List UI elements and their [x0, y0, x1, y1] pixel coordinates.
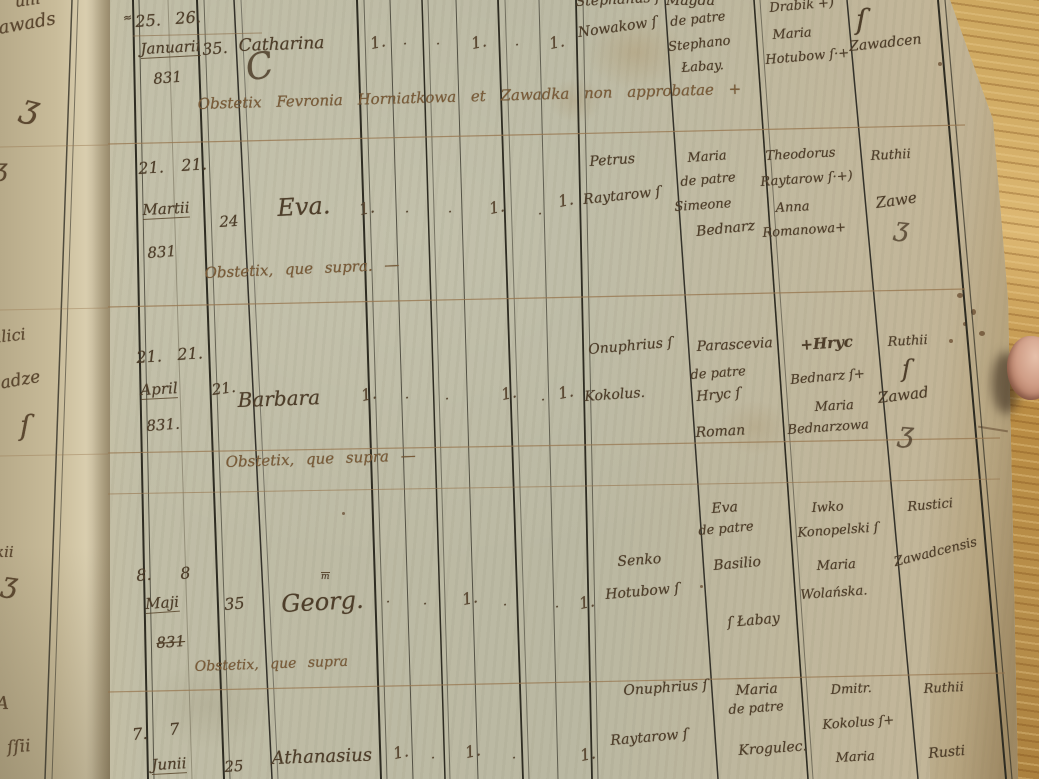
record-3-mother: de patre [690, 365, 746, 382]
facing-page-fragment: A [0, 695, 9, 713]
record-2-godparent: Anna [775, 200, 810, 215]
record-1-mark: · [436, 38, 440, 51]
record-3-godparent: +Hryc [800, 334, 853, 353]
record-1-father-mark: 1. [548, 33, 566, 52]
record-2-baptism-date: 21. [181, 156, 208, 174]
facing-page-fragment: kii [0, 545, 14, 560]
record-2-child-name: Eva. [277, 193, 331, 220]
record-2-father-mark: 1. [557, 191, 575, 210]
record-3-mark: · [405, 392, 409, 405]
record-3-father: Kokolus. [584, 386, 645, 404]
record-5-child-name: Athanasius [271, 747, 372, 768]
record-2-condition: Ruthii [870, 148, 911, 163]
record-1-mark: · [515, 39, 519, 52]
record-4-mother: Eva [711, 500, 738, 516]
record-5-month: Junii [151, 756, 187, 775]
record-5-mark: 1. [392, 743, 410, 762]
record-2-year: 831 [147, 244, 177, 261]
record-4-name-superscript: m [321, 572, 330, 582]
record-3-condition-flourish: ſ [902, 357, 911, 381]
record-1-mother: Łabay. [681, 59, 724, 75]
record-2-mark: · [405, 206, 409, 219]
record-4-baptism-date: 8 [180, 565, 192, 582]
record-1-condition-flourish: ſ [856, 6, 866, 34]
facing-page-fragment: ſſii [7, 738, 32, 757]
record-4-father-mark: 1. [578, 593, 596, 612]
record-2-mark: 1. [358, 199, 376, 218]
record-1-date-flourish: ≈ [122, 12, 133, 24]
record-3-year: 831. [146, 417, 180, 434]
record-5-mother: de patre [728, 700, 784, 717]
record-3-birth-date: 21. [136, 348, 163, 366]
record-3-baptism-date: 21. [177, 345, 204, 363]
record-3-mark: 1. [500, 384, 518, 403]
record-4-father: Senko [617, 552, 662, 569]
record-5-mark: · [512, 752, 516, 765]
record-4-godparent: Maria [816, 558, 856, 573]
record-4-mark: 1. [461, 589, 479, 608]
record-1-baptism-date: 26. [175, 9, 202, 27]
record-2-month: Martii [142, 201, 190, 220]
facing-page-fragment: ulici [0, 326, 26, 346]
record-5-condition: Rusti [928, 744, 966, 761]
record-2-godparent: Theodorus [765, 146, 836, 163]
record-4-mark: · [423, 598, 427, 611]
record-5-baptism-date: 7 [169, 721, 181, 738]
record-4-mark: · [386, 596, 390, 609]
record-3-signature-flourish: ʒ [897, 418, 915, 447]
record-4-house-number: 35 [224, 595, 246, 613]
record-3-mother: Hryc ſ [696, 386, 741, 404]
record-3-mark: 1. [360, 385, 378, 404]
record-2-mother: Simeone [674, 197, 732, 214]
facing-page-fragment: ſ [20, 412, 30, 440]
record-2-mark: · [538, 208, 542, 221]
register-photo: ulii Zawads ʒ ʒ ulici wadze ſ kii ʒ A ſſ… [0, 0, 1039, 779]
record-1-mother: Magda [666, 0, 715, 8]
record-3-condition: Ruthii [887, 334, 928, 349]
facing-page-fragment: ʒ [0, 156, 8, 180]
record-4-mark: · [555, 601, 559, 614]
record-2-mother: Maria [687, 149, 727, 165]
record-3-child-name: Barbara [237, 387, 320, 410]
record-2-father: Petrus [589, 152, 635, 169]
record-2-mark: 1. [488, 198, 506, 217]
record-1-godparent: Maria [772, 26, 812, 42]
record-3-mark: · [445, 393, 449, 406]
record-5-godparent: Dmitr. [830, 682, 872, 697]
record-5-house-number: 25 [224, 759, 244, 775]
record-5-mark: 1. [464, 742, 482, 761]
record-1-mark: · [403, 38, 407, 51]
record-1-birth-date: 25. [135, 12, 162, 30]
record-5-condition: Ruthii [923, 681, 964, 696]
record-5-mother: Maria [735, 682, 778, 698]
record-3-father-mark: 1. [557, 383, 575, 402]
record-2-mark: · [448, 206, 452, 219]
record-3-mother: Roman [695, 423, 745, 440]
record-5-father-mark: 1. [579, 745, 597, 764]
record-3-house-number: 21. [211, 380, 237, 398]
record-4-month: Maji [145, 595, 180, 614]
record-4-mark: · [503, 599, 507, 612]
record-5-birth-date: 7. [132, 726, 149, 743]
record-1-mark: 1. [470, 33, 488, 52]
record-2-birth-date: 21. [138, 159, 165, 177]
record-4-mother: Basilio [713, 555, 762, 573]
record-3-month: April [140, 381, 178, 400]
record-4-condition: Rustici [907, 497, 954, 514]
record-1-mark: 1. [369, 33, 387, 52]
record-4-child-name: Georg. [281, 588, 364, 616]
record-3-godparent: Maria [814, 399, 854, 414]
record-1-year: 831 [153, 70, 183, 87]
record-5-mark: · [431, 752, 435, 765]
record-3-mother: Parascevia [696, 336, 773, 354]
record-4-year: 831 [156, 634, 186, 651]
record-3-mark: · [541, 394, 545, 407]
record-2-signature-flourish: ʒ [893, 214, 910, 241]
record-1-month: Januarii [140, 39, 201, 59]
record-5-godparent: Maria [835, 750, 875, 765]
record-1-house-number: 35. [202, 40, 229, 58]
record-4-birth-date: 8. [136, 567, 153, 584]
record-4-godparent: Iwko [811, 500, 844, 515]
record-2-house-number: 24 [219, 214, 239, 230]
